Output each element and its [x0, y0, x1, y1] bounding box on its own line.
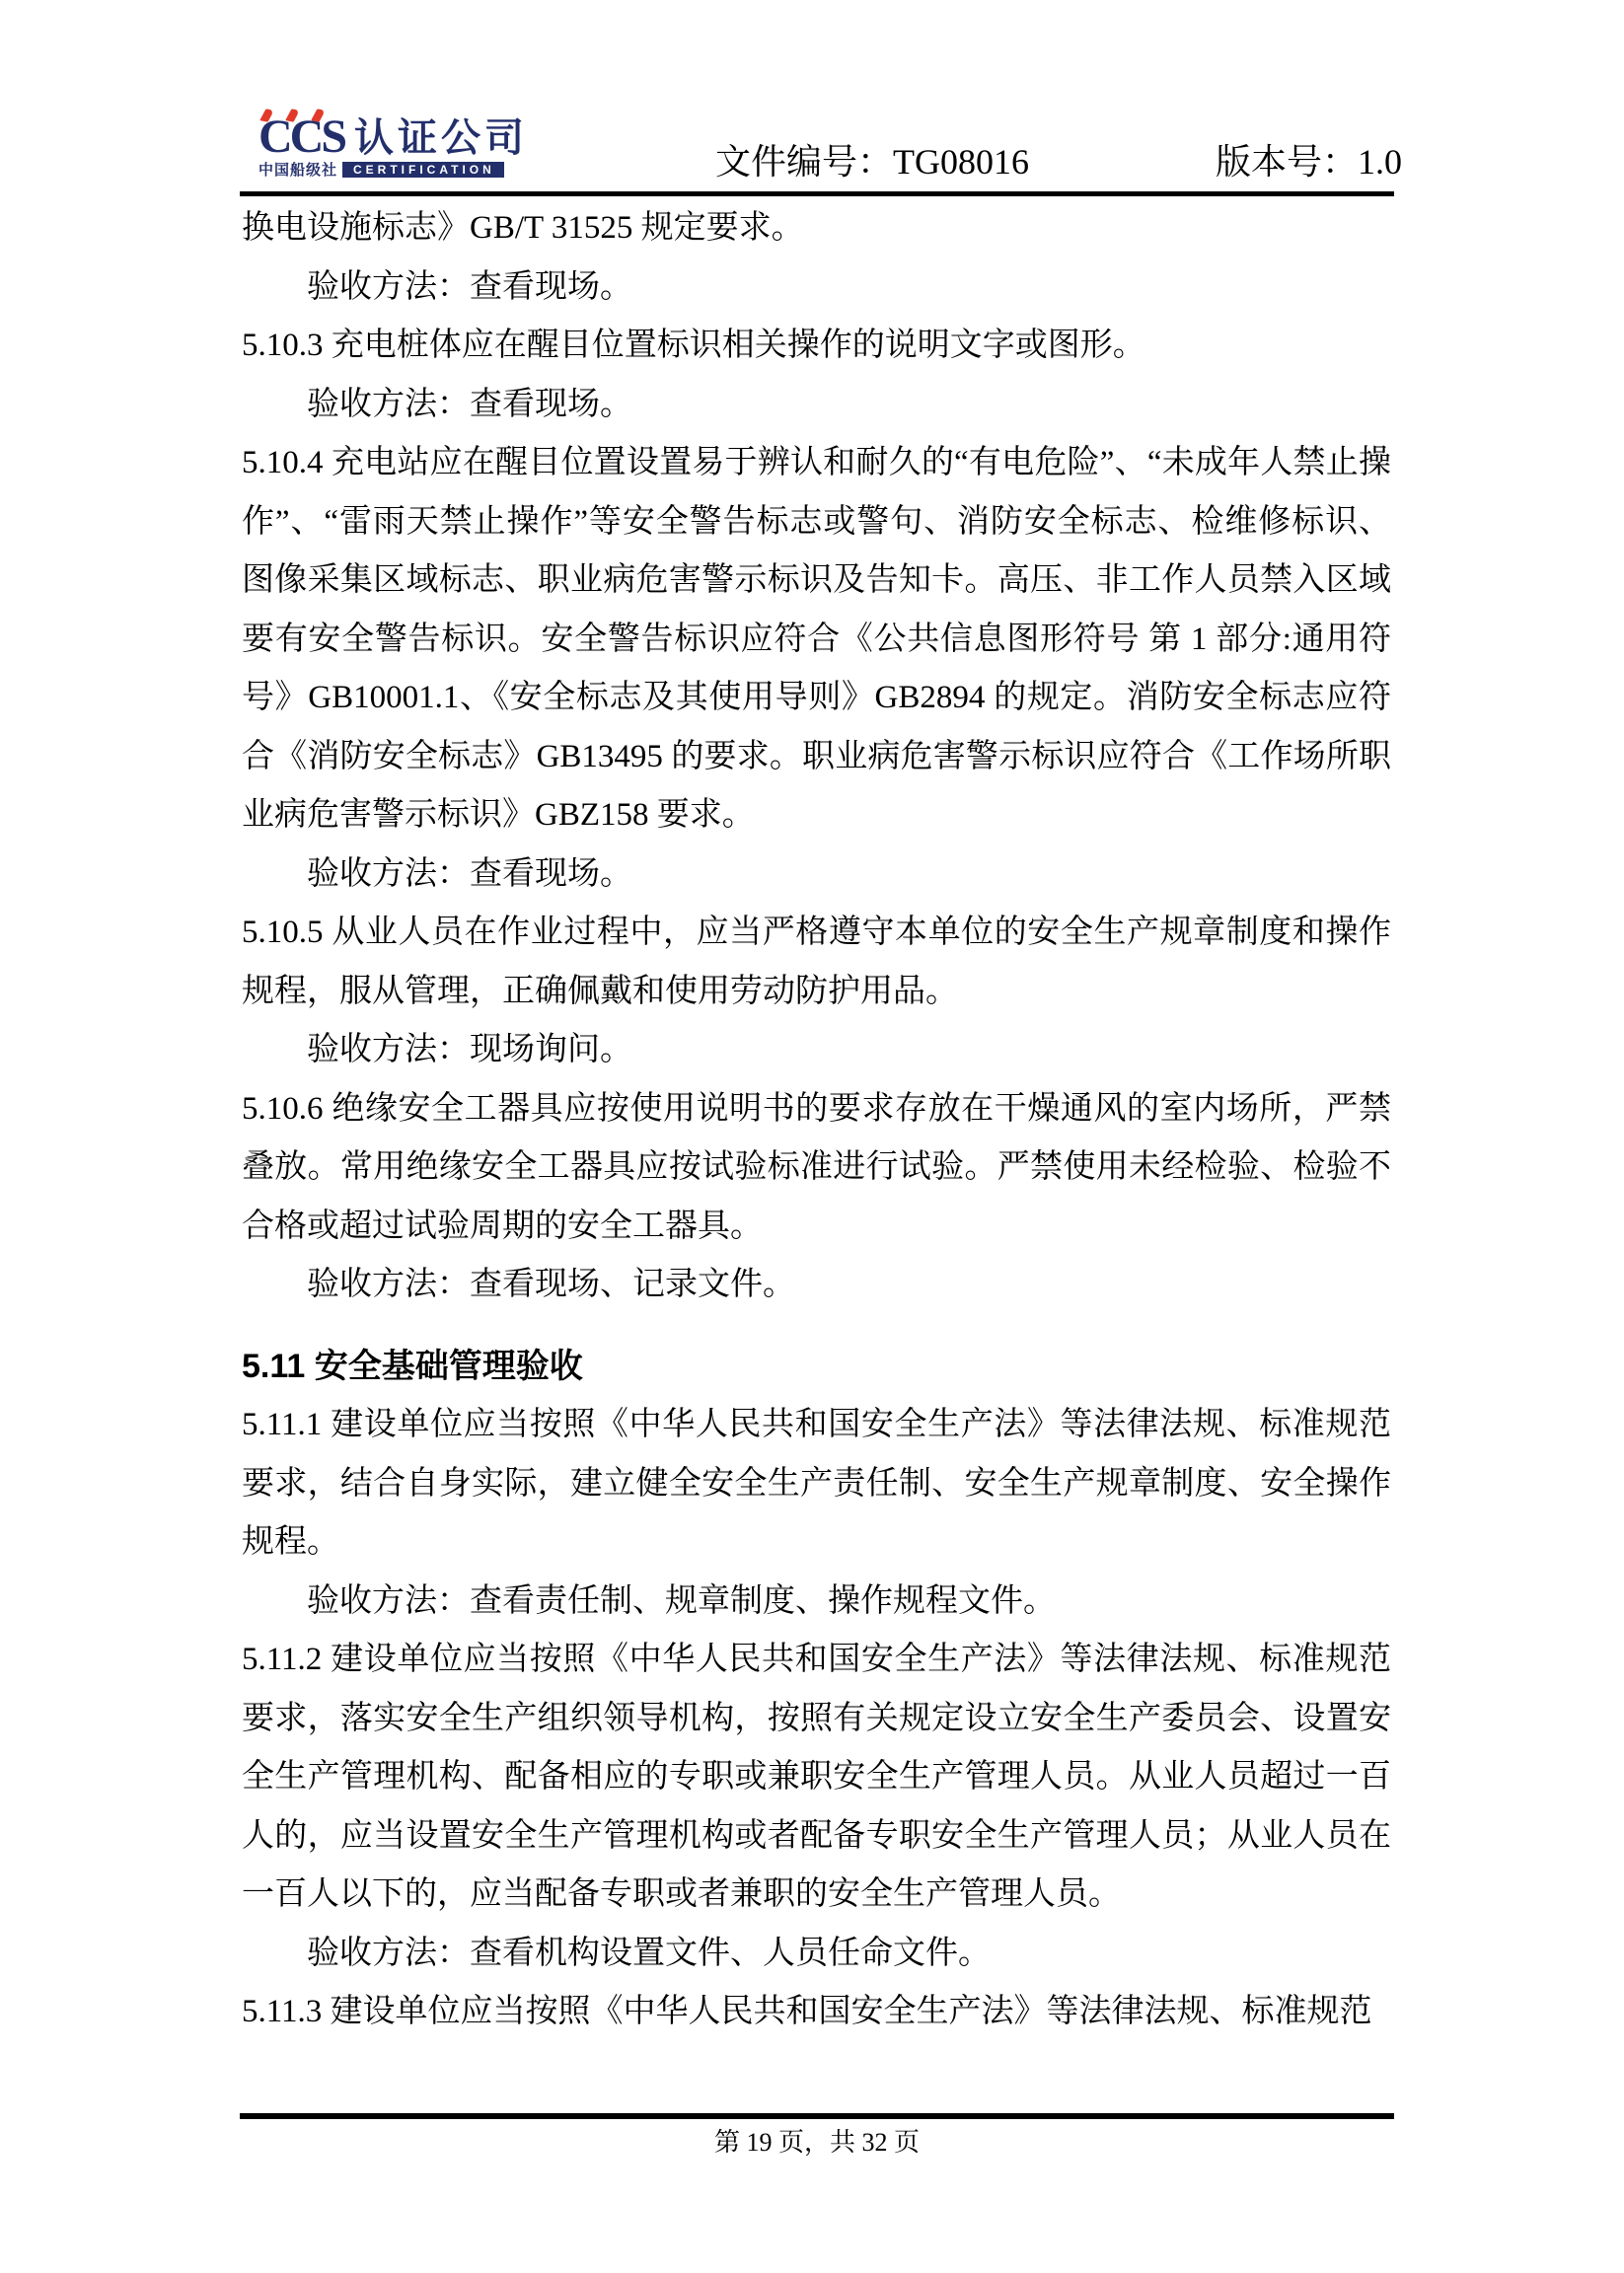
method-line: 验收方法：查看现场、记录文件。: [242, 1256, 1391, 1315]
logo-bottom-row: 中国船级社 CERTIFICATION: [258, 162, 528, 178]
method-line: 验收方法：查看现场。: [242, 845, 1391, 905]
version-field: 版本号：1.0: [1216, 142, 1402, 182]
logo-acronym: CCS: [258, 110, 344, 163]
version-value: 1.0: [1358, 142, 1402, 182]
logo-top-row: CCS 认证公司: [258, 116, 528, 158]
method-line: 验收方法：查看现场。: [242, 376, 1391, 435]
page-number: 第 19 页，共 32 页: [240, 2123, 1394, 2163]
paragraph: 5.11.2 建设单位应当按照《中华人民共和国安全生产法》等法律法规、标准规范要…: [242, 1631, 1391, 1925]
document-body: 换电设施标志》GB/T 31525 规定要求。 验收方法：查看现场。 5.10.…: [242, 199, 1391, 2042]
paragraph: 换电设施标志》GB/T 31525 规定要求。: [242, 199, 1391, 258]
doc-number-value: TG08016: [893, 142, 1029, 182]
logo-ccs-text: CCS: [258, 116, 344, 158]
method-line: 验收方法：查看机构设置文件、人员任命文件。: [242, 1925, 1391, 1984]
document-page: CCS 认证公司 中国船级社 CERTIFICATION 文件编号：TG0801…: [0, 0, 1624, 2273]
logo-org-name: 中国船级社: [258, 163, 337, 178]
method-line: 验收方法：现场询问。: [242, 1021, 1391, 1080]
doc-number-field: 文件编号：TG08016: [715, 142, 1029, 182]
paragraph: 5.10.6 绝缘安全工器具应按使用说明书的要求存放在干燥通风的室内场所，严禁叠…: [242, 1080, 1391, 1257]
logo-certification-badge: CERTIFICATION: [342, 162, 504, 178]
paragraph: 5.11.1 建设单位应当按照《中华人民共和国安全生产法》等法律法规、标准规范要…: [242, 1396, 1391, 1573]
method-line: 验收方法：查看现场。: [242, 258, 1391, 318]
paragraph: 5.11.3 建设单位应当按照《中华人民共和国安全生产法》等法律法规、标准规范: [242, 1983, 1391, 2042]
company-logo: CCS 认证公司 中国船级社 CERTIFICATION: [258, 116, 528, 178]
paragraph: 5.10.5 从业人员在作业过程中，应当严格遵守本单位的安全生产规章制度和操作规…: [242, 904, 1391, 1021]
version-label: 版本号：: [1216, 142, 1358, 182]
footer-rule: [240, 2113, 1394, 2119]
section-heading: 5.11 安全基础管理验收: [242, 1338, 1391, 1397]
method-line: 验收方法：查看责任制、规章制度、操作规程文件。: [242, 1573, 1391, 1632]
logo-company-name: 认证公司: [354, 118, 528, 158]
paragraph: 5.10.4 充电站应在醒目位置设置易于辨认和耐久的“有电危险”、“未成年人禁止…: [242, 434, 1391, 845]
paragraph: 5.10.3 充电桩体应在醒目位置标识相关操作的说明文字或图形。: [242, 317, 1391, 376]
header-rule: [240, 191, 1394, 196]
doc-number-label: 文件编号：: [715, 142, 893, 182]
